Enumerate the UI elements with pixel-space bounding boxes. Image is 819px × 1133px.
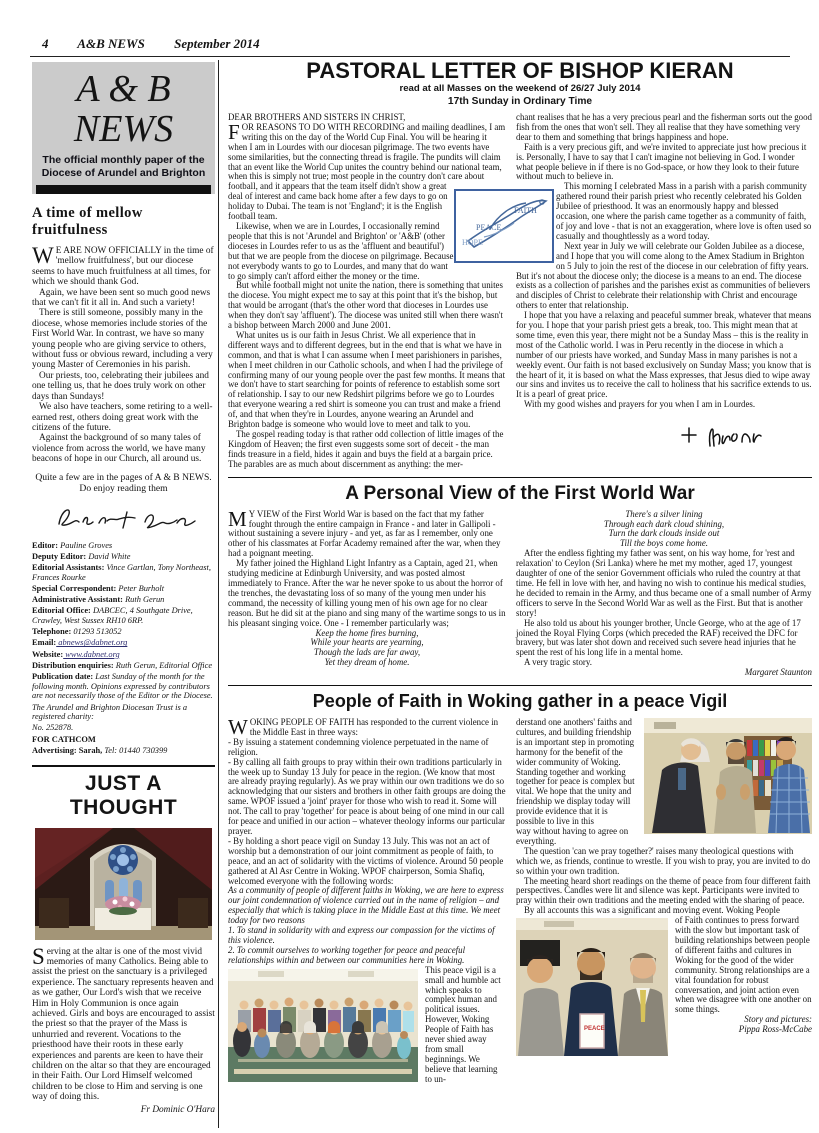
- paragraph: There is still someone, possibly many in…: [32, 308, 215, 370]
- paragraph: Next year in July we will celebrate our …: [516, 242, 812, 311]
- paragraph: The gospel reading today is that rather …: [228, 430, 506, 470]
- masthead-black-strip: [36, 185, 211, 194]
- masthead-tagline: The official monthly paper of the Dioces…: [36, 150, 211, 179]
- paragraph: The question 'can we pray together?' rai…: [516, 847, 812, 877]
- ww1-columns: MY VIEW of the First World War is based …: [228, 510, 812, 678]
- masthead-info-line: No. 252878.: [32, 723, 215, 733]
- paragraph: MY VIEW of the First World War is based …: [228, 510, 506, 560]
- masthead-line2: NEWS: [36, 108, 211, 150]
- masthead-info-line: Publication date: Last Sunday of the mon…: [32, 672, 215, 701]
- vigil-column-2: derstand one anothers' faiths and cultur…: [516, 718, 812, 1085]
- vigil-columns: WOKING PEOPLE OF FAITH has responded to …: [228, 718, 812, 1085]
- masthead-info-line: Administrative Assistant: Ruth Gerun: [32, 595, 215, 605]
- interfaith-discussion-photo: [644, 718, 812, 834]
- paragraph: WE ARE NOW OFFICIALLY in the time of 'me…: [32, 246, 215, 288]
- paper-name: A&B NEWS: [77, 36, 145, 51]
- masthead-logo: A & B NEWS The official monthly paper of…: [32, 62, 215, 194]
- pastoral-column-1: DEAR BROTHERS AND SISTERS IN CHRIST, FOR…: [228, 113, 506, 470]
- vigil-title: People of Faith in Woking gather in a pe…: [228, 690, 812, 713]
- paragraph: I hope that you have a relaxing and peac…: [516, 311, 812, 400]
- column-divider: [218, 60, 219, 1128]
- masthead-info-line: Special Correspondent: Peter Burholt: [32, 584, 215, 594]
- paragraph: This morning I celebrated Mass in a pari…: [516, 182, 812, 241]
- svg-text:PEACE: PEACE: [584, 1026, 605, 1032]
- pastoral-title: PASTORAL LETTER OF BISHOP KIERAN: [228, 58, 812, 83]
- masthead-info-line: Advertising: Sarah, Tel: 01440 730399: [32, 746, 215, 756]
- pastoral-column-2: chant realises that he has a very precio…: [516, 113, 812, 470]
- paragraph: 1. To stand in solidarity with and expre…: [228, 926, 506, 946]
- paragraph: chant realises that he has a very precio…: [516, 113, 812, 143]
- newspaper-page: 4 A&B NEWS September 2014 A & B NEWS The…: [0, 0, 819, 1133]
- masthead-info-line: Telephone: 01293 513052: [32, 627, 215, 637]
- vigil-column-1: WOKING PEOPLE OF FAITH has responded to …: [228, 718, 506, 1085]
- masthead-info: Editor: Pauline GrovesDeputy Editor: Dav…: [32, 541, 215, 756]
- paragraph: As a community of people of different fa…: [228, 886, 506, 926]
- paragraph: What unites us is our faith in Jesus Chr…: [228, 331, 506, 430]
- svg-text:HOPE: HOPE: [462, 238, 483, 247]
- masthead-info-line: The Arundel and Brighton Diocesan Trust …: [32, 703, 215, 722]
- section-divider-1: [228, 477, 812, 478]
- ww1-column-1: MY VIEW of the First World War is based …: [228, 510, 506, 678]
- sidebar-divider: [32, 765, 215, 767]
- ww1-poem-1: Keep the home fires burning,While your h…: [228, 629, 506, 669]
- sidebar: A & B NEWS The official monthly paper of…: [32, 62, 215, 1124]
- pastoral-columns: DEAR BROTHERS AND SISTERS IN CHRIST, FOR…: [228, 113, 812, 470]
- editorial-closing-2: Do enjoy reading them: [32, 483, 215, 495]
- masthead-info-line: Editorial Office: DABCEC, 4 Southgate Dr…: [32, 606, 215, 625]
- paragraph: Again, we have been sent so much good ne…: [32, 288, 215, 309]
- masthead-info-line: Editorial Assistants: Vince Gartlan, Ton…: [32, 563, 215, 582]
- paragraph: - By issuing a statement condemning viol…: [228, 738, 506, 758]
- paragraph: 2. To commit ourselves to working togeth…: [228, 946, 506, 966]
- masthead-info-line: Distribution enquiries: Ruth Gerun, Edit…: [32, 661, 215, 671]
- paragraph: My father joined the Highland Light Infa…: [228, 559, 506, 628]
- peace-presentation-photo: PEACE: [516, 918, 668, 1056]
- paragraph: After the endless fighting my father was…: [516, 549, 812, 618]
- paragraph: He also told us about his younger brothe…: [516, 619, 812, 659]
- paragraph: But while football might not unite the n…: [228, 281, 506, 331]
- paragraph: Faith is a very precious gift, and we're…: [516, 143, 812, 183]
- faith-peace-hope-dove-logo: FAITH PEACE HOPE: [454, 189, 554, 263]
- masthead-info-line: FOR CATHCOM: [32, 735, 215, 745]
- svg-text:PEACE: PEACE: [476, 223, 501, 232]
- ww1-poem-2: There's a silver liningThrough each dark…: [516, 510, 812, 550]
- ww1-author: Margaret Staunton: [516, 668, 812, 678]
- paragraph: Our priests, too, celebrating their jubi…: [32, 371, 215, 402]
- paragraph: - By holding a short peace vigil on Sund…: [228, 837, 506, 887]
- masthead-info-line: Editor: Pauline Groves: [32, 541, 215, 551]
- masthead-info-line: Deputy Editor: David White: [32, 552, 215, 562]
- paragraph: Against the background of so many tales …: [32, 433, 215, 464]
- editorial-title: A time of mellow fruitfulness: [32, 205, 215, 239]
- ww1-column-2: There's a silver liningThrough each dark…: [516, 510, 812, 678]
- page-number: 4: [42, 36, 49, 51]
- paragraph: We also have teachers, some retiring to …: [32, 402, 215, 433]
- page-header: 4 A&B NEWS September 2014: [42, 36, 286, 52]
- pastoral-column-2-text: chant realises that he has a very precio…: [516, 113, 812, 410]
- section-divider-2: [228, 685, 812, 686]
- header-rule: [30, 56, 790, 57]
- just-a-thought-body: Serving at the altar is one of the most …: [32, 947, 215, 1103]
- paragraph: With my good wishes and prayers for you …: [516, 400, 812, 410]
- pastoral-column-1-text: FOR REASONS TO DO WITH RECORDING and mai…: [228, 123, 506, 470]
- bishop-signature: [516, 418, 782, 457]
- issue-date: September 2014: [174, 36, 260, 51]
- pastoral-sunday-line: 17th Sunday in Ordinary Time: [228, 95, 812, 108]
- church-altar-photo: [35, 828, 212, 940]
- main-content: PASTORAL LETTER OF BISHOP KIERAN read at…: [228, 58, 812, 1085]
- ww1-title: A Personal View of the First World War: [228, 482, 812, 505]
- editorial-body: WE ARE NOW OFFICIALLY in the time of 'me…: [32, 246, 215, 465]
- masthead-line1: A & B: [36, 70, 211, 108]
- paragraph: The meeting heard short readings on the …: [516, 877, 812, 907]
- just-a-thought-title: JUST A THOUGHT: [32, 772, 215, 820]
- vigil-group-photo: [228, 969, 418, 1082]
- masthead-info-line: Website: www.dabnet.org: [32, 650, 215, 660]
- masthead-info-line: Email: abnews@dabnet.org: [32, 638, 215, 648]
- svg-text:FAITH: FAITH: [514, 206, 537, 215]
- editor-signature: [32, 500, 215, 537]
- paragraph: WOKING PEOPLE OF FAITH has responded to …: [228, 718, 506, 738]
- just-a-thought-author: Fr Dominic O'Hara: [32, 1105, 215, 1115]
- pastoral-subtitle: read at all Masses on the weekend of 26/…: [228, 83, 812, 95]
- editorial-closing-1: Quite a few are in the pages of A & B NE…: [32, 472, 215, 484]
- paragraph: - By calling all faith groups to pray wi…: [228, 758, 506, 837]
